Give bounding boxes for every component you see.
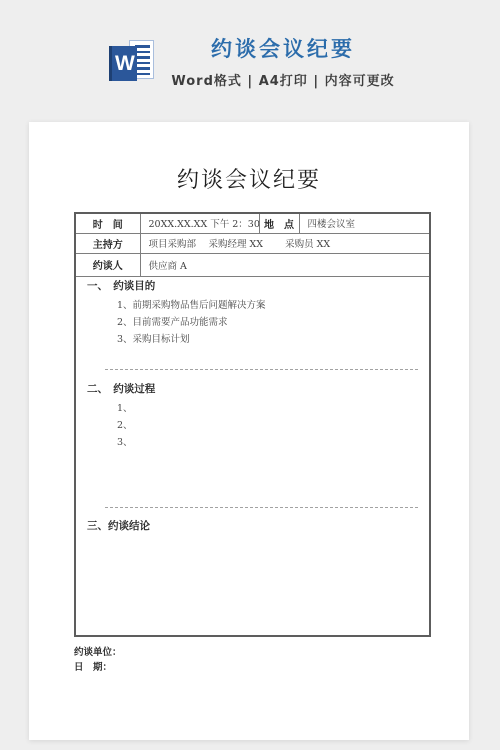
time-label: 时 间 [75,213,140,233]
section-2-item: 3、 [117,436,133,449]
template-preview-canvas: W 约谈会议纪要 Word格式 | A4打印 | 内容可更改 约谈会议纪要 时 … [0,0,500,750]
section-1-heading: 一、 约谈目的 [87,280,155,293]
interviewee-value: 供应商 A [140,253,430,276]
header: W 约谈会议纪要 Word格式 | A4打印 | 内容可更改 [0,0,500,122]
word-icon-letter: W [115,53,135,74]
interviewee-label: 约谈人 [75,253,140,276]
footer-date-label: 日 期： [74,661,112,674]
word-icon-w-panel: W [109,46,137,81]
dashed-divider [105,369,418,370]
table-row: 一、 约谈目的 1、前期采购物品售后问题解决方案 2、目前需要产品功能需求 3、… [75,276,430,636]
template-subtitle: Word格式 | A4打印 | 内容可更改 [171,70,394,89]
section-1-item: 1、前期采购物品售后问题解决方案 [117,299,266,312]
place-label: 地 点 [259,213,299,233]
time-value: 20XX.XX.XX 下午 2：30 [140,213,259,233]
table-row: 时 间 20XX.XX.XX 下午 2：30 地 点 四楼会议室 [75,213,430,233]
footer-unit-label: 约谈单位： [74,646,122,659]
section-2-item: 1、 [117,402,133,415]
meeting-body-cell: 一、 约谈目的 1、前期采购物品售后问题解决方案 2、目前需要产品功能需求 3、… [75,276,430,636]
dashed-divider [105,507,418,508]
place-value: 四楼会议室 [299,213,430,233]
template-title: 约谈会议纪要 [171,33,394,63]
table-row: 约谈人 供应商 A [75,253,430,276]
host-label: 主持方 [75,233,140,253]
word-logo-icon: W [105,37,155,85]
section-2-item: 2、 [117,419,133,432]
document-title: 约谈会议纪要 [29,166,469,196]
document-page: 约谈会议纪要 时 间 20XX.XX.XX 下午 2：30 地 点 四楼会议室 … [29,122,469,740]
meeting-info-table: 时 间 20XX.XX.XX 下午 2：30 地 点 四楼会议室 主持方 项目采… [74,212,431,637]
section-1-item: 2、目前需要产品功能需求 [117,316,228,329]
header-text-block: 约谈会议纪要 Word格式 | A4打印 | 内容可更改 [171,33,394,89]
table-row: 主持方 项目采购部 采购经理 XX 采购员 XX [75,233,430,253]
section-2-heading: 二、 约谈过程 [87,383,155,396]
section-1-item: 3、采购目标计划 [117,333,190,346]
host-value: 项目采购部 采购经理 XX 采购员 XX [140,233,430,253]
section-3-heading: 三、约谈结论 [87,520,150,533]
